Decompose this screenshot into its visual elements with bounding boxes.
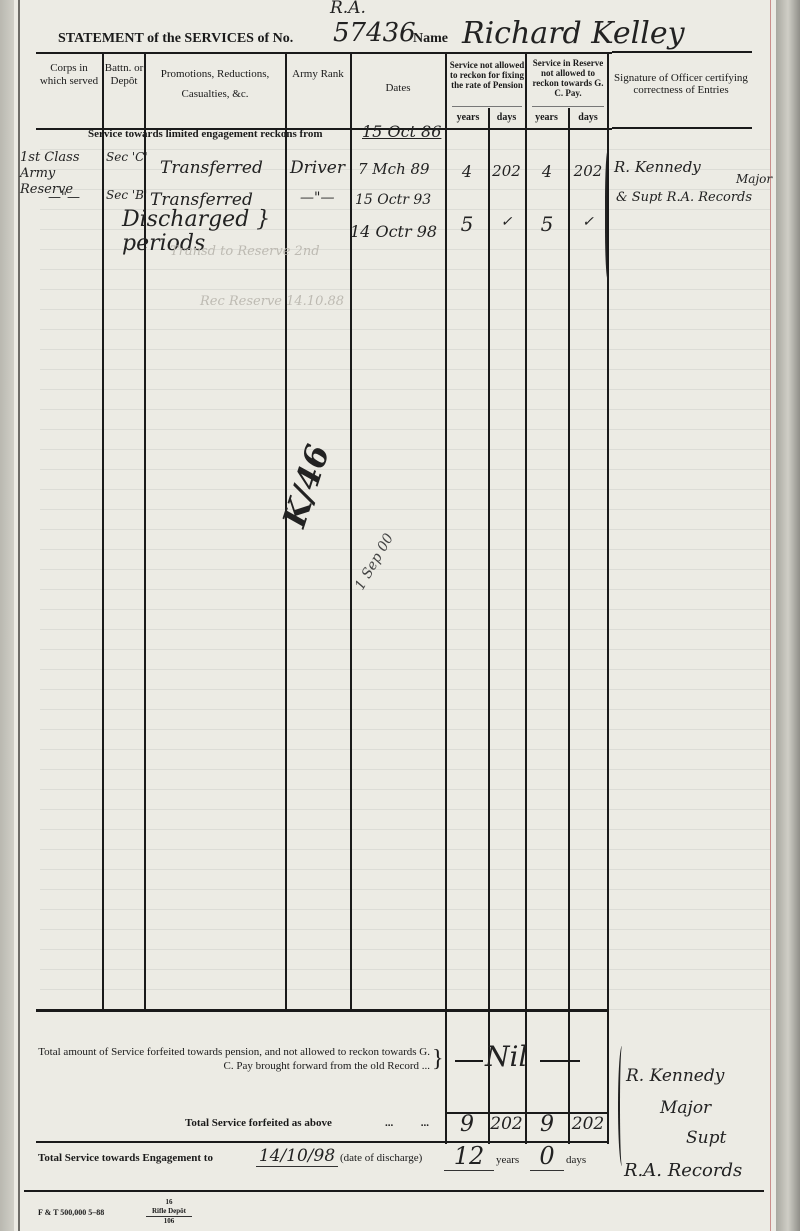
- engagement-date: 14/10/98: [256, 1146, 338, 1167]
- entry-2-rank: —"—: [300, 190, 334, 206]
- forfeited-total-label: Total Service forfeited as above: [185, 1117, 332, 1129]
- officer-signature-role: & Supt R.A. Records: [616, 190, 752, 205]
- entry-1-gc-years: 4: [526, 162, 568, 181]
- entry-2-battn: Sec 'B': [106, 188, 147, 202]
- entry-1-pension-days: 202: [489, 162, 524, 180]
- forfeited-pension-days: 202: [489, 1114, 524, 1134]
- name-label: Name: [413, 31, 448, 47]
- soldier-name: Richard Kelley: [462, 16, 685, 51]
- entry-3-pension-days: ✓: [489, 214, 524, 230]
- engagement-days: 0: [530, 1142, 564, 1171]
- adjacent-page-edge: [776, 0, 800, 1231]
- gc-years-header: years: [525, 112, 568, 123]
- limited-engagement-date: 15 Oct 86: [362, 122, 441, 141]
- bottom-signature-title: Major: [660, 1098, 711, 1118]
- forfeited-brought-forward-label: Total amount of Service forfeited toward…: [36, 1045, 430, 1073]
- col-rank-header: Army Rank: [287, 64, 349, 84]
- show-through-text-2: Rec Reserve 14.10.88: [200, 294, 344, 309]
- entry-2-date: 15 Octr 93: [355, 192, 431, 208]
- entry-3-gc-days: ✓: [569, 214, 607, 230]
- footer-rule: [24, 1190, 764, 1192]
- printer-imprint: F & T 500,000 5–88: [38, 1208, 104, 1217]
- entry-1-gc-days: 202: [569, 162, 607, 180]
- col-line: [285, 54, 287, 1009]
- show-through-text-1: Transd to Reserve 2nd: [170, 244, 320, 259]
- regiment-annotation: R.A.: [330, 0, 366, 18]
- nil-dash-left: [455, 1060, 483, 1062]
- entry-3-date: 14 Octr 98: [350, 222, 437, 241]
- header-top-rule-sig: [612, 51, 752, 53]
- col-line: [488, 108, 490, 1144]
- entry-1-date: 7 Mch 89: [358, 160, 430, 178]
- form-title: STATEMENT of the SERVICES of No.: [58, 31, 293, 47]
- col-battn-header: Battn. or Depôt: [104, 62, 144, 88]
- subheader-rule-1: [452, 106, 522, 107]
- gc-days-header: days: [569, 112, 607, 123]
- col-pension-group-header: Service not allowed to reckon for fixing…: [447, 60, 527, 90]
- bottom-signature-role: Supt: [686, 1128, 726, 1148]
- entry-1-pension-years: 4: [447, 162, 487, 181]
- nil-dash-right: [540, 1060, 580, 1062]
- depot-code-bottom: 106: [146, 1217, 192, 1226]
- col-line: [568, 108, 570, 1144]
- entry-1-battn: Sec 'C': [106, 150, 148, 164]
- depot-code-top: 16: [146, 1198, 192, 1207]
- forfeited-dots: ... ...: [385, 1117, 429, 1129]
- limited-engagement-label: Service towards limited engagement recko…: [88, 128, 323, 140]
- col-gc-group-header: Service in Reserve not allowed to reckon…: [528, 58, 608, 98]
- col-promotions-header: Promotions, Reductions, Casualties, &c.: [146, 64, 284, 104]
- years-label: years: [496, 1154, 519, 1166]
- pension-days-header: days: [489, 112, 524, 123]
- body-bottom-rule: [36, 1009, 609, 1012]
- entry-2-corps: —"—: [48, 190, 80, 205]
- forfeited-bottom-rule: [36, 1141, 609, 1143]
- forfeited-gc-days: 202: [569, 1114, 607, 1134]
- col-line: [350, 54, 352, 1009]
- header-bottom-rule-sig: [612, 127, 752, 129]
- pension-years-header: years: [448, 112, 488, 123]
- depot-code-name: Rifle Depôt: [146, 1207, 192, 1217]
- days-label: days: [566, 1154, 586, 1166]
- bottom-signature-name: R. Kennedy: [626, 1066, 724, 1086]
- entry-1-rank: Driver: [290, 158, 345, 178]
- engagement-label: Total Service towards Engagement to: [38, 1152, 213, 1164]
- forfeited-pension-years: 9: [447, 1112, 487, 1137]
- col-dates-header: Dates: [352, 82, 444, 94]
- forfeited-gc-years: 9: [526, 1112, 568, 1137]
- bottom-signature-dept: R.A. Records: [624, 1160, 742, 1181]
- subheader-rule-2: [532, 106, 604, 107]
- entry-1-promotion: Transferred: [160, 158, 263, 178]
- discharge-label: (date of discharge): [340, 1152, 422, 1164]
- forfeited-brought-forward-value: Nil: [485, 1040, 527, 1073]
- col-signature-header: Signature of Officer certifying correctn…: [614, 72, 748, 96]
- officer-signature-name: R. Kennedy: [614, 158, 701, 176]
- brace-icon: }: [432, 1045, 444, 1073]
- col-corps-header: Corps in which served: [36, 62, 102, 88]
- ruled-lines: [40, 130, 770, 1010]
- entry-3-pension-years: 5: [447, 212, 487, 236]
- engagement-years: 12: [444, 1142, 494, 1171]
- bottom-signature-brace: [618, 1046, 626, 1166]
- service-number: 57436: [333, 18, 416, 48]
- officer-signature-title: Major: [736, 172, 772, 186]
- entry-3-gc-years: 5: [526, 212, 568, 236]
- signature-brace: [605, 150, 612, 280]
